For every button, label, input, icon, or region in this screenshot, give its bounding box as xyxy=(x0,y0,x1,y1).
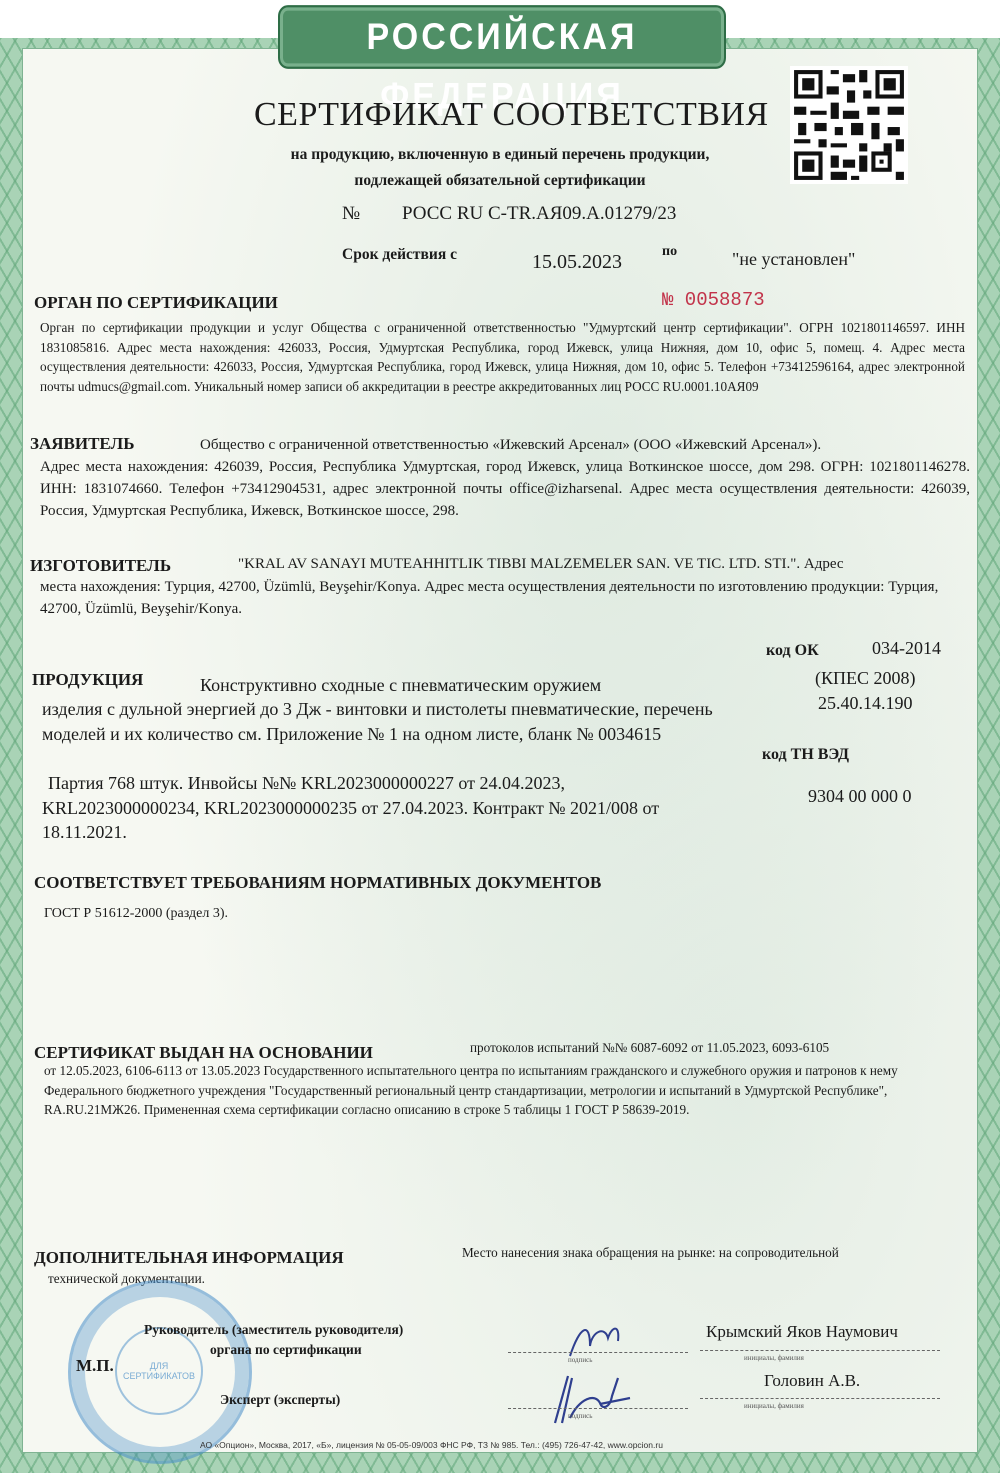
certificate-number: РОСС RU C-TR.АЯ09.А.01279/23 xyxy=(402,203,676,225)
head-label-line-2: органа по сертификации xyxy=(210,1342,362,1358)
expert-name-line xyxy=(700,1398,940,1399)
additional-first-line: Место нанесения знака обращения на рынке… xyxy=(462,1243,982,1263)
expert-signature-line xyxy=(508,1408,688,1409)
product-batch: Партия 768 штук. Инвойсы №№ KRL202300000… xyxy=(42,771,692,845)
subtitle-line-1: на продукцию, включенную в единый перече… xyxy=(230,142,770,168)
product-first-line: Конструктивно сходные с пневматическим о… xyxy=(200,673,740,698)
product-heading: ПРОДУКЦИЯ xyxy=(32,670,143,690)
head-name: Крымский Яков Наумович xyxy=(706,1322,898,1342)
expert-label: Эксперт (эксперты) xyxy=(220,1392,340,1408)
applicant-first-line: Общество с ограниченной ответственностью… xyxy=(200,434,980,456)
blank-number: № 0058873 xyxy=(662,289,765,311)
head-name-line xyxy=(700,1350,940,1351)
certification-body-heading: ОРГАН ПО СЕРТИФИКАЦИИ xyxy=(34,293,278,313)
basis-first-line: протоколов испытаний №№ 6087-6092 от 11.… xyxy=(470,1038,970,1058)
ok-code-value: 25.40.14.190 xyxy=(818,691,913,716)
applicant-heading: ЗАЯВИТЕЛЬ xyxy=(30,434,134,454)
manufacturer-heading: ИЗГОТОВИТЕЛЬ xyxy=(30,556,171,576)
certificate-title: СЕРТИФИКАТ СООТВЕТСТВИЯ xyxy=(254,96,769,134)
product-text: изделия с дульной энергией до 3 Дж - вин… xyxy=(42,697,762,746)
valid-from-label: Срок действия с xyxy=(342,246,457,264)
compliance-text: ГОСТ Р 51612-2000 (раздел 3). xyxy=(44,904,228,924)
basis-heading: СЕРТИФИКАТ ВЫДАН НА ОСНОВАНИИ xyxy=(34,1043,373,1063)
valid-from-date: 15.05.2023 xyxy=(532,251,622,274)
country-banner: РОССИЙСКАЯ ФЕДЕРАЦИЯ xyxy=(278,5,726,69)
ok-code-classifier: (КПЕС 2008) xyxy=(815,666,916,691)
tn-ved-value: 9304 00 000 0 xyxy=(808,784,912,809)
applicant-text: Адрес места нахождения: 426039, Россия, … xyxy=(40,456,970,522)
head-signature-caption: подпись xyxy=(568,1356,592,1364)
valid-to-value: "не установлен" xyxy=(732,249,855,270)
seal-stamp-center: ДЛЯ СЕРТИФИКАТОВ xyxy=(115,1327,203,1415)
head-label-line-1: Руководитель (заместитель руководителя) xyxy=(144,1322,403,1338)
manufacturer-first-line: "KRAL AV SANAYI MUTEAHHITLIK TIBBI MALZE… xyxy=(238,553,978,575)
printer-footer: АО «Опцион», Москва, 2017, «Б», лицензия… xyxy=(200,1440,663,1450)
tn-ved-label: код ТН ВЭД xyxy=(762,746,849,764)
stamp-line-2: СЕРТИФИКАТОВ xyxy=(117,1371,201,1381)
subtitle-line-2: подлежащей обязательной сертификации xyxy=(230,168,770,194)
head-signature-line xyxy=(508,1352,688,1353)
certification-body-text: Орган по сертификации продукции и услуг … xyxy=(40,318,965,396)
valid-to-label: по xyxy=(662,244,677,260)
expert-name: Головин А.В. xyxy=(764,1371,860,1391)
manufacturer-text: места нахождения: Турция, 42700, Üzümlü,… xyxy=(40,576,960,620)
compliance-heading: СООТВЕТСТВУЕТ ТРЕБОВАНИЯМ НОРМАТИВНЫХ ДО… xyxy=(34,873,601,893)
stamp-line-1: ДЛЯ xyxy=(117,1361,201,1371)
certificate-subtitle: на продукцию, включенную в единый перече… xyxy=(230,142,770,194)
basis-text: от 12.05.2023, 6106-6113 от 13.05.2023 Г… xyxy=(44,1061,964,1120)
qr-code-icon xyxy=(790,66,908,184)
ok-code-label: код ОК xyxy=(766,642,819,660)
ok-code-standard: 034-2014 xyxy=(872,636,941,661)
expert-signature-caption: подпись xyxy=(568,1412,592,1420)
head-name-caption: инициалы, фамилия xyxy=(744,1354,804,1362)
expert-name-caption: инициалы, фамилия xyxy=(744,1402,804,1410)
additional-heading: ДОПОЛНИТЕЛЬНАЯ ИНФОРМАЦИЯ xyxy=(34,1248,344,1268)
certificate-number-sign: № xyxy=(342,203,360,225)
seal-label: М.П. xyxy=(76,1356,114,1376)
